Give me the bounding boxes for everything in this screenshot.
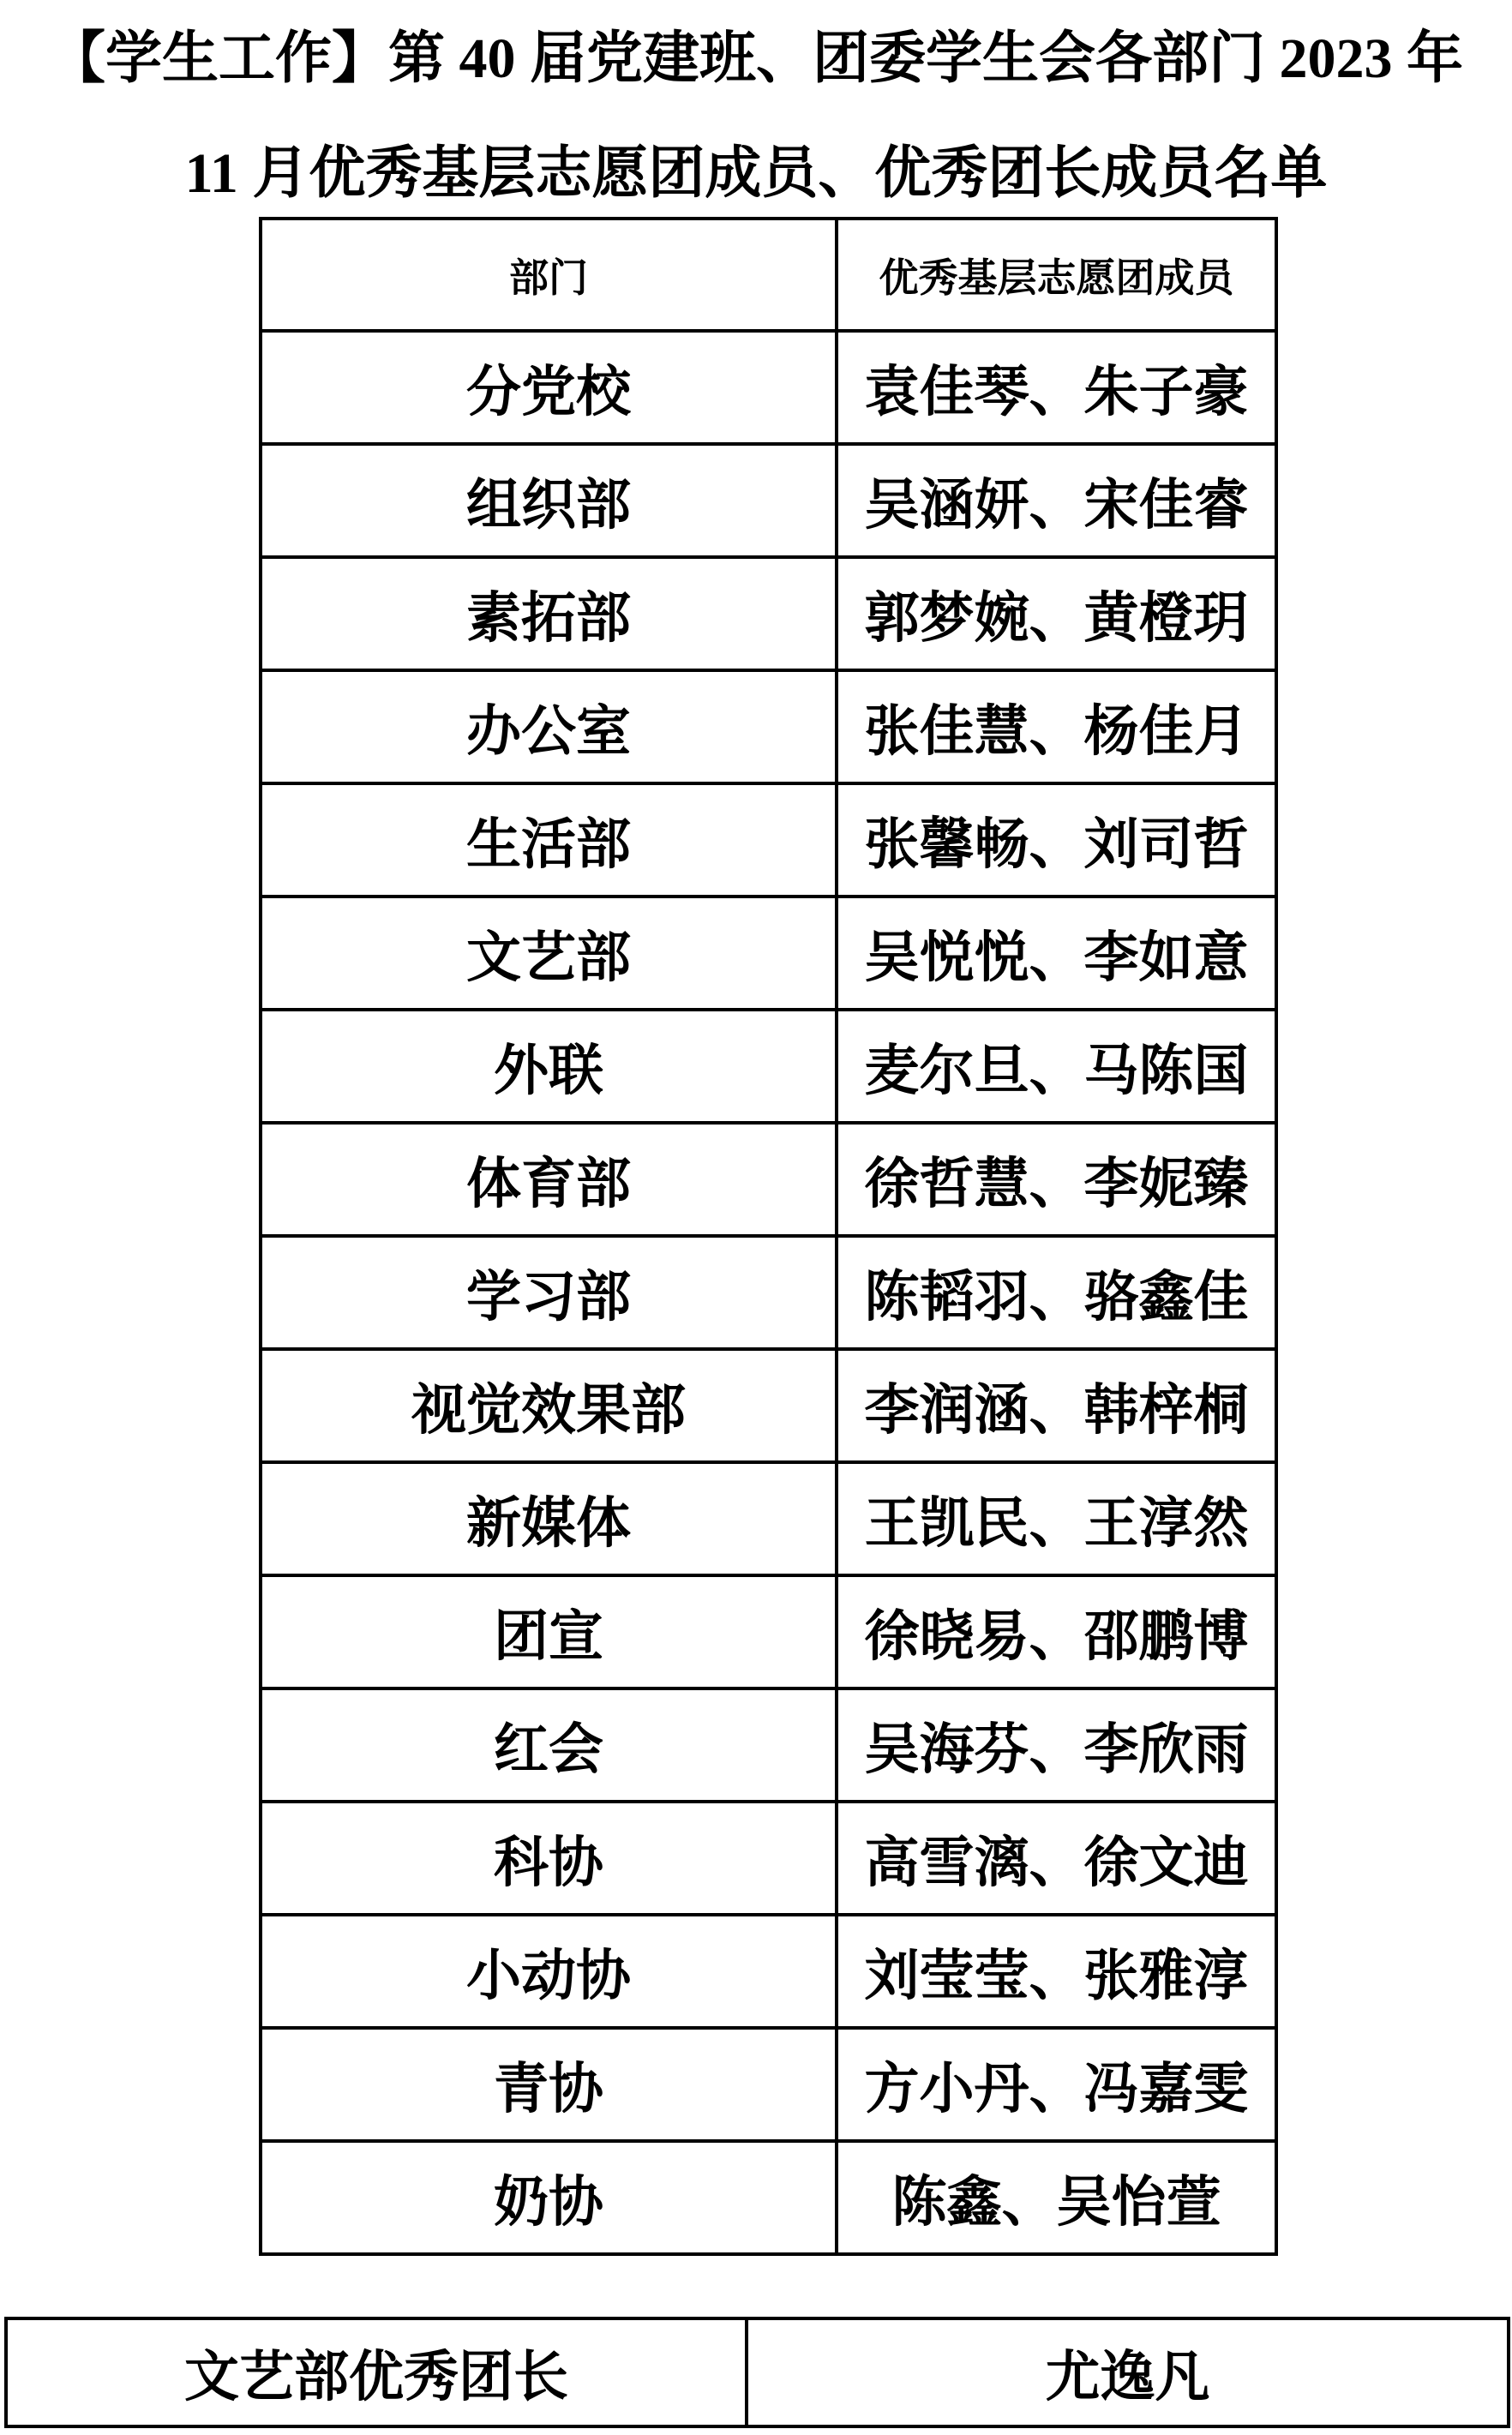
table-row: 红会吴海芬、李欣雨 (261, 1688, 1276, 1802)
cell-members: 刘莹莹、张雅淳 (837, 1915, 1276, 2028)
cell-members: 郭梦婉、黄橙玥 (837, 557, 1276, 670)
table-row: 体育部徐哲慧、李妮臻 (261, 1123, 1276, 1236)
cell-department: 视觉效果部 (261, 1349, 837, 1462)
document-page: 【学生工作】第 40 届党建班、团委学生会各部门 2023 年 11 月优秀基层… (0, 0, 1512, 2435)
table-row: 外联麦尔旦、马陈国 (261, 1010, 1276, 1123)
cell-members: 方小丹、冯嘉雯 (837, 2028, 1276, 2141)
table-row: 视觉效果部李润涵、韩梓桐 (261, 1349, 1276, 1462)
cell-department: 素拓部 (261, 557, 837, 670)
cell-members: 张馨畅、刘司哲 (837, 783, 1276, 897)
cell-department: 小动协 (261, 1915, 837, 2028)
cell-members: 徐哲慧、李妮臻 (837, 1123, 1276, 1236)
cell-members: 张佳慧、杨佳月 (837, 670, 1276, 783)
cell-department: 红会 (261, 1688, 837, 1802)
cell-department: 学习部 (261, 1236, 837, 1349)
cell-members: 王凯民、王淳然 (837, 1462, 1276, 1575)
cell-department: 组织部 (261, 444, 837, 557)
table-row: 分党校袁佳琴、朱子豪 (261, 331, 1276, 444)
document-title: 【学生工作】第 40 届党建班、团委学生会各部门 2023 年 11 月优秀基层… (0, 2, 1512, 231)
cell-department: 外联 (261, 1010, 837, 1123)
cell-members: 李润涵、韩梓桐 (837, 1349, 1276, 1462)
cell-department: 文艺部 (261, 897, 837, 1010)
table-row: 小动协刘莹莹、张雅淳 (261, 1915, 1276, 2028)
cell-members: 陈韬羽、骆鑫佳 (837, 1236, 1276, 1349)
cell-department: 奶协 (261, 2141, 837, 2254)
cell-members: 吴悦悦、李如意 (837, 897, 1276, 1010)
members-table: 部门 优秀基层志愿团成员 分党校袁佳琴、朱子豪组织部吴涵妍、宋佳睿素拓部郭梦婉、… (259, 217, 1278, 2256)
leader-name: 尤逸凡 (747, 2318, 1509, 2426)
title-line-1: 【学生工作】第 40 届党建班、团委学生会各部门 2023 年 (0, 2, 1512, 117)
table-row: 组织部吴涵妍、宋佳睿 (261, 444, 1276, 557)
cell-department: 生活部 (261, 783, 837, 897)
cell-department: 青协 (261, 2028, 837, 2141)
header-department: 部门 (261, 219, 837, 331)
cell-department: 新媒体 (261, 1462, 837, 1575)
leader-row: 文艺部优秀团长 尤逸凡 (6, 2318, 1509, 2426)
cell-members: 袁佳琴、朱子豪 (837, 331, 1276, 444)
cell-members: 徐晓易、邵鹏博 (837, 1575, 1276, 1688)
leader-table: 文艺部优秀团长 尤逸凡 (4, 2317, 1510, 2428)
table-row: 学习部陈韬羽、骆鑫佳 (261, 1236, 1276, 1349)
cell-members: 吴海芬、李欣雨 (837, 1688, 1276, 1802)
leader-label: 文艺部优秀团长 (6, 2318, 747, 2426)
table-row: 团宣徐晓易、邵鹏博 (261, 1575, 1276, 1688)
cell-department: 办公室 (261, 670, 837, 783)
cell-department: 体育部 (261, 1123, 837, 1236)
cell-members: 吴涵妍、宋佳睿 (837, 444, 1276, 557)
title-line-2: 11 月优秀基层志愿团成员、优秀团长成员名单 (0, 117, 1512, 231)
cell-members: 陈鑫、吴怡萱 (837, 2141, 1276, 2254)
table-row: 文艺部吴悦悦、李如意 (261, 897, 1276, 1010)
table-row: 奶协陈鑫、吴怡萱 (261, 2141, 1276, 2254)
cell-department: 分党校 (261, 331, 837, 444)
table-row: 科协高雪漓、徐文迪 (261, 1802, 1276, 1915)
table-row: 生活部张馨畅、刘司哲 (261, 783, 1276, 897)
table-row: 素拓部郭梦婉、黄橙玥 (261, 557, 1276, 670)
cell-members: 麦尔旦、马陈国 (837, 1010, 1276, 1123)
cell-department: 团宣 (261, 1575, 837, 1688)
table-row: 办公室张佳慧、杨佳月 (261, 670, 1276, 783)
cell-members: 高雪漓、徐文迪 (837, 1802, 1276, 1915)
table-body: 分党校袁佳琴、朱子豪组织部吴涵妍、宋佳睿素拓部郭梦婉、黄橙玥办公室张佳慧、杨佳月… (261, 331, 1276, 2254)
table-row: 新媒体王凯民、王淳然 (261, 1462, 1276, 1575)
table-header-row: 部门 优秀基层志愿团成员 (261, 219, 1276, 331)
table-row: 青协方小丹、冯嘉雯 (261, 2028, 1276, 2141)
cell-department: 科协 (261, 1802, 837, 1915)
header-members: 优秀基层志愿团成员 (837, 219, 1276, 331)
